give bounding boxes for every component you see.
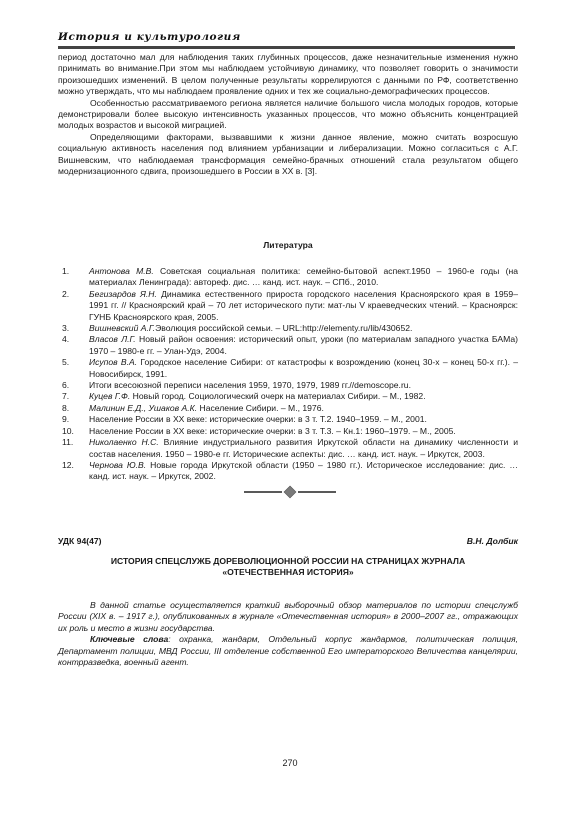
reference-item: 5.Исупов В.А. Городское население Сибири… [58, 357, 518, 380]
reference-author: Малинин Е.Д., Ушаков А.К. [89, 403, 197, 413]
paragraph: период достаточно мал для наблюдения так… [58, 52, 518, 98]
reference-text: Население России в XX веке: исторические… [89, 426, 518, 437]
reference-author: Николаенко Н.С. [89, 437, 159, 447]
reference-list: 1.Антонова М.В. Советская социальная пол… [58, 266, 518, 483]
reference-text: Антонова М.В. Советская социальная полит… [89, 266, 518, 289]
reference-number: 2. [58, 289, 89, 323]
reference-author: Исупов В.А. [89, 357, 137, 367]
reference-number: 12. [58, 460, 89, 483]
reference-author: Антонова М.В. [89, 266, 154, 276]
keywords: Ключевые слова: охранка, жандарм, Отдель… [58, 634, 518, 668]
reference-item: 9.Население России в XX веке: историческ… [58, 414, 518, 425]
reference-author: Власов Л.Г. [89, 334, 136, 344]
reference-number: 10. [58, 426, 89, 437]
reference-number: 6. [58, 380, 89, 391]
reference-number: 1. [58, 266, 89, 289]
reference-text: Николаенко Н.С. Влияние индустриального … [89, 437, 518, 460]
page-number: 270 [0, 758, 580, 768]
reference-text: Бегизардов Я.Н. Динамика естественного п… [89, 289, 518, 323]
reference-item: 7.Куцев Г.Ф. Новый город. Социологически… [58, 391, 518, 402]
reference-author: Вишневский А.Г. [89, 323, 155, 333]
reference-text: Власов Л.Г. Новый район освоения: истори… [89, 334, 518, 357]
reference-number: 8. [58, 403, 89, 414]
paragraph: Особенностью рассматриваемого региона яв… [58, 98, 518, 132]
reference-item: 8.Малинин Е.Д., Ушаков А.К. Население Си… [58, 403, 518, 414]
literature-heading: Литература [58, 240, 518, 250]
reference-text: Куцев Г.Ф. Новый город. Социологический … [89, 391, 518, 402]
header-rule [58, 46, 515, 49]
journal-page: История и культурология период достаточн… [0, 0, 580, 820]
reference-number: 4. [58, 334, 89, 357]
reference-item: 10.Население России в XX веке: историчес… [58, 426, 518, 437]
reference-body: Новый город. Социологический очерк на ма… [130, 391, 425, 401]
reference-item: 12.Чернова Ю.В. Новые города Иркутской о… [58, 460, 518, 483]
article-abstract: В данной статье осуществляется краткий в… [58, 600, 518, 668]
diamond-divider-icon [242, 485, 338, 499]
paragraph: Определяющими факторами, вызвавшими к жи… [58, 132, 518, 178]
title-line: «ОТЕЧЕСТВЕННАЯ ИСТОРИЯ» [58, 567, 518, 578]
reference-text: Исупов В.А. Городское население Сибири: … [89, 357, 518, 380]
reference-body: Население Сибири. – М., 1976. [197, 403, 324, 413]
reference-body: Городское население Сибири: от катастроф… [89, 357, 518, 378]
reference-body: Советская социальная политика: семейно-б… [89, 266, 518, 287]
reference-text: Население России в XX веке: исторические… [89, 414, 518, 425]
reference-body: Население России в XX веке: исторические… [89, 426, 456, 436]
reference-author: Бегизардов Я.Н. [89, 289, 157, 299]
reference-item: 1.Антонова М.В. Советская социальная пол… [58, 266, 518, 289]
reference-text: Чернова Ю.В. Новые города Иркутской обла… [89, 460, 518, 483]
reference-author: Чернова Ю.В. [89, 460, 146, 470]
reference-number: 9. [58, 414, 89, 425]
reference-number: 7. [58, 391, 89, 402]
abstract-text: В данной статье осуществляется краткий в… [58, 600, 518, 634]
reference-item: 2.Бегизардов Я.Н. Динамика естественного… [58, 289, 518, 323]
reference-item: 6.Итоги всесоюзной переписи населения 19… [58, 380, 518, 391]
reference-text: Вишневский А.Г.Эволюция российской семьи… [89, 323, 518, 334]
keywords-label: Ключевые слова [90, 634, 168, 644]
reference-number: 3. [58, 323, 89, 334]
reference-item: 3.Вишневский А.Г.Эволюция российской сем… [58, 323, 518, 334]
reference-body: Новые города Иркутской области (1950 – 1… [89, 460, 518, 481]
body-text: период достаточно мал для наблюдения так… [58, 52, 518, 177]
reference-number: 11. [58, 437, 89, 460]
reference-item: 11.Николаенко Н.С. Влияние индустриально… [58, 437, 518, 460]
reference-body: Итоги всесоюзной переписи населения 1959… [89, 380, 411, 390]
running-head: История и культурология [58, 31, 515, 43]
reference-item: 4.Власов Л.Г. Новый район освоения: исто… [58, 334, 518, 357]
reference-text: Малинин Е.Д., Ушаков А.К. Население Сиби… [89, 403, 518, 414]
reference-text: Итоги всесоюзной переписи населения 1959… [89, 380, 518, 391]
reference-body: Новый район освоения: исторический опыт,… [89, 334, 518, 355]
reference-author: Куцев Г.Ф. [89, 391, 130, 401]
reference-body: Эволюция российской семьи. – URL:http://… [155, 323, 412, 333]
reference-body: Население России в XX веке: исторические… [89, 414, 427, 424]
article-author: В.Н. Долбик [467, 536, 518, 546]
article-title: ИСТОРИЯ СПЕЦСЛУЖБ ДОРЕВОЛЮЦИОННОЙ РОССИИ… [58, 556, 518, 578]
udk-code: УДК 94(47) [58, 536, 102, 546]
title-line: ИСТОРИЯ СПЕЦСЛУЖБ ДОРЕВОЛЮЦИОННОЙ РОССИИ… [58, 556, 518, 567]
reference-number: 5. [58, 357, 89, 380]
